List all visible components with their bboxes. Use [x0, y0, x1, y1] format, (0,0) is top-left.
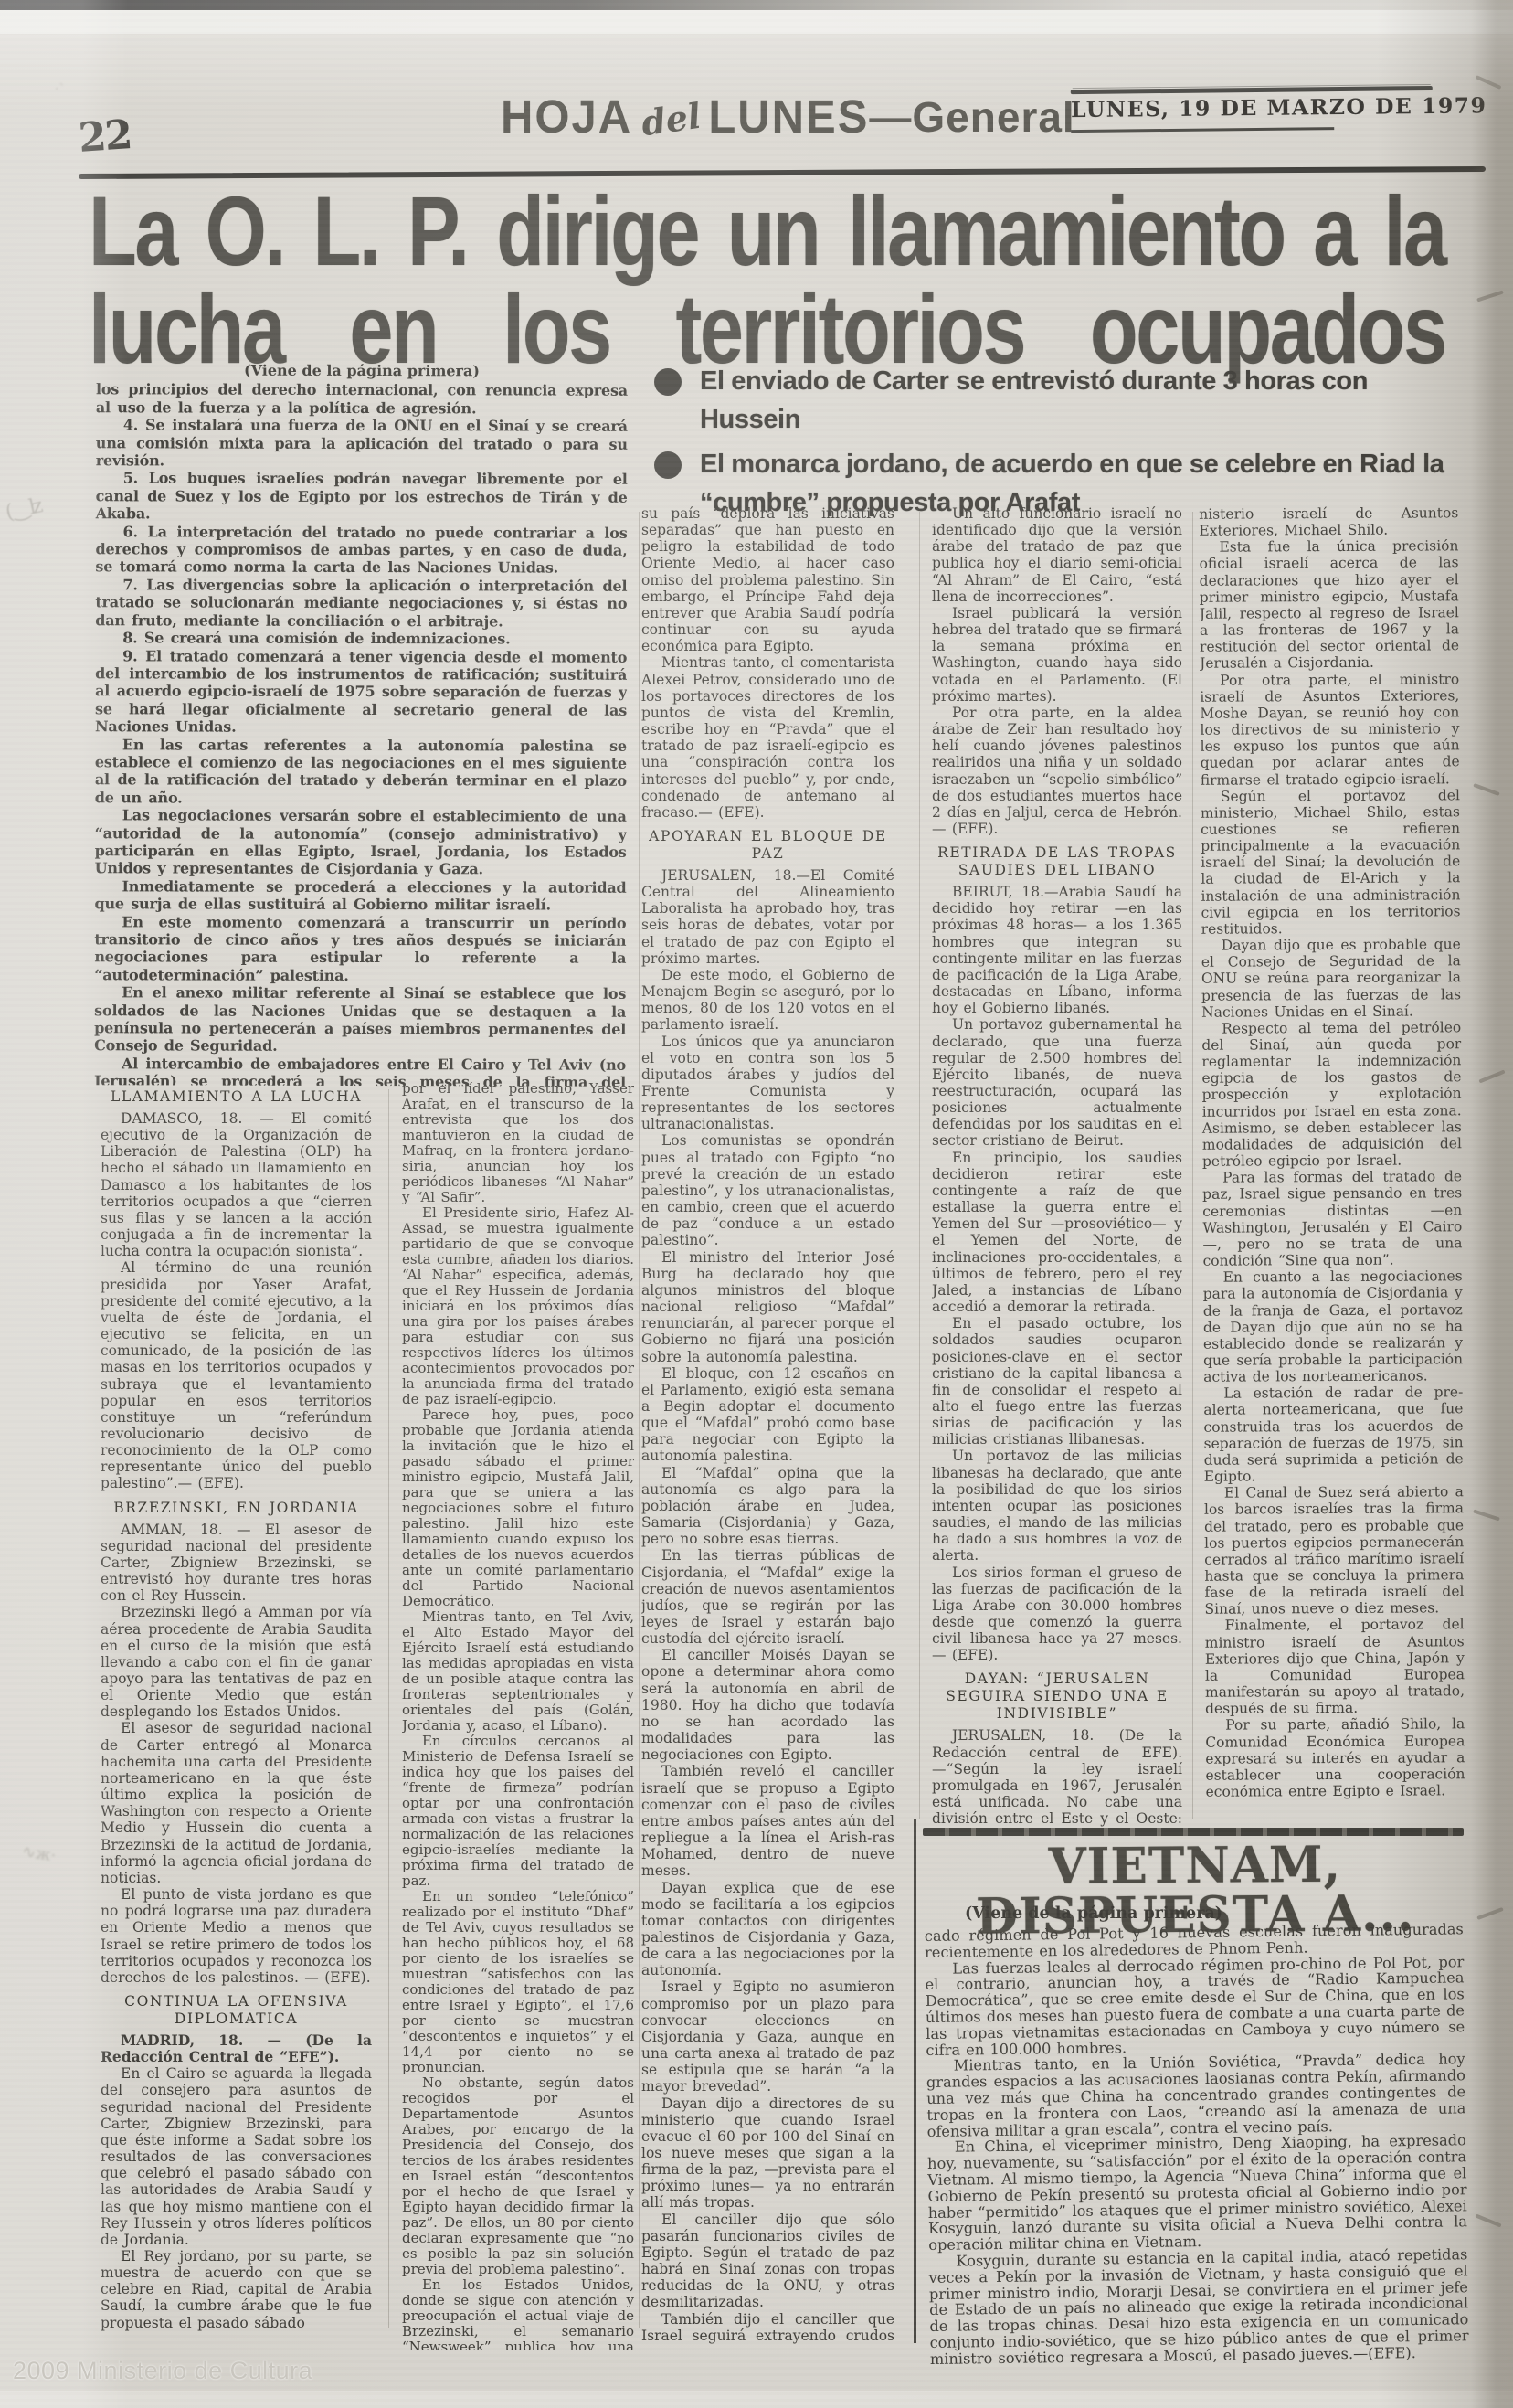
- binding-edge: [1471, 0, 1513, 2408]
- paragraph: En el anexo militar referente al Sinaí s…: [94, 983, 626, 1055]
- paragraph: Mientras tanto, el comentarista Alexei P…: [641, 654, 894, 821]
- masthead-lunes: LUNES: [708, 94, 869, 141]
- headline-word: la: [1383, 182, 1444, 281]
- bullet-icon: [654, 451, 682, 479]
- paragraph: nisterio israelí de Asuntos Exteriores, …: [1199, 504, 1458, 539]
- column-2: por el líder palestino, Yasser Arafat, e…: [402, 1081, 634, 2350]
- pencil-mark: (‿ʫ: [4, 494, 45, 525]
- headline-word: llamamiento: [848, 182, 1285, 281]
- date-rule-bottom: [1071, 127, 1334, 133]
- paragraph: Respecto al tema del petróleo del Sinaí,…: [1201, 1019, 1462, 1170]
- paragraph: Dayan dijo que es probable que el Consej…: [1201, 936, 1461, 1020]
- box-top-rule: [923, 1828, 1464, 1836]
- pencil-mark: ·ˋ: [55, 82, 65, 97]
- bullet-text: El enviado de Carter se entrevistó duran…: [700, 362, 1462, 439]
- headline-word: La: [89, 182, 176, 281]
- paragraph: El punto de vista jordano es que no podr…: [101, 1886, 372, 1986]
- section-heading: BRZEZINSKI, EN JORDANIA: [101, 1500, 372, 1517]
- section-heading: APOYARAN EL BLOQUE DE PAZ: [641, 828, 894, 863]
- scan-top-edge: [0, 0, 1513, 10]
- paragraph: El Canal de Suez será abierto a los barc…: [1204, 1483, 1465, 1618]
- page-number: 22: [78, 115, 132, 159]
- lead-intro-column: (Viene de la página primera) los princip…: [94, 361, 628, 1087]
- paragraph: El asesor de seguridad nacional de Carte…: [101, 1720, 372, 1886]
- paragraph: Para las formas del tratado de paz, Isra…: [1202, 1169, 1463, 1269]
- paragraph: En un sondeo “telefónico” realizado por …: [402, 1889, 634, 2075]
- column-5: nisterio israelí de Asuntos Exteriores, …: [1199, 504, 1465, 1827]
- paragraph: Al término de una reunión presidida por …: [101, 1259, 372, 1491]
- paragraph: Finalmente, el portavoz del ministro isr…: [1205, 1617, 1465, 1717]
- vietnam-text: cado régimen de Pol Pot y 16 nuevas escu…: [925, 1921, 1469, 2367]
- box-left-rule: [914, 1819, 916, 2343]
- date-block: LUNES, 19 DE MARZO DE 1979: [1071, 86, 1436, 133]
- paragraph: El Rey jordano, por su parte, se muestra…: [101, 2248, 372, 2331]
- paragraph: Dayan explica que de ese modo se facilit…: [641, 1880, 894, 1979]
- column-rule: [388, 1089, 389, 2328]
- headline-word: P.: [407, 182, 468, 281]
- paragraph: Un alto funcionario israelí no identific…: [932, 505, 1182, 605]
- paragraph: Mientras tanto, en Tel Aviv, el Alto Est…: [402, 1609, 634, 1734]
- masthead-hoja: HOJA: [501, 94, 632, 141]
- paragraph: También reveló el canciller israelí que …: [641, 1763, 894, 1879]
- paragraph: De este modo, el Gobierno de Menajem Beg…: [641, 967, 894, 1034]
- paragraph: El Presidente sirio, Hafez Al-Assad, se …: [402, 1205, 634, 1407]
- paragraph: En este momento comenzará a transcurrir …: [94, 913, 626, 985]
- paragraph: Según el portavoz del ministerio, Michae…: [1201, 787, 1461, 938]
- paragraph: 9. El tratado comenzará a tener vigencia…: [95, 647, 627, 737]
- paragraph: por el líder palestino, Yasser Arafat, e…: [402, 1081, 634, 1205]
- paragraph: MADRID, 18. — (De la Redacción Central d…: [101, 2032, 372, 2065]
- continuation-note: (Viene de la página primera): [96, 361, 628, 380]
- paragraph: Las negociaciones versarán sobre el esta…: [95, 806, 627, 878]
- section-heading: RETIRADA DE LAS TROPAS SAUDIES DEL LIBAN…: [932, 844, 1182, 879]
- date-line: LUNES, 19 DE MARZO DE 1979: [1071, 96, 1436, 122]
- paragraph: En las tierras públicas de Cisjordania, …: [641, 1547, 894, 1647]
- paragraph: DAMASCO, 18. — El comité ejecutivo de la…: [101, 1110, 372, 1259]
- paragraph: El canciller dijo que sólo pasarán funci…: [641, 2212, 894, 2311]
- paragraph: Por otra parte, en la aldea árabe de Zei…: [932, 705, 1182, 837]
- paragraph: El bloque, con 12 escaños en el Parlamen…: [641, 1365, 894, 1465]
- paragraph: El “Mafdal” opina que la autonomía es al…: [641, 1465, 894, 1548]
- vietnam-continuation-note: (Viene de la página primera): [965, 1906, 1222, 1923]
- archive-watermark: 2009 Ministerio de Cultura: [13, 2356, 312, 2385]
- paragraph: Kosyguin, durante su estancia en la capi…: [928, 2246, 1469, 2367]
- section-heading: DAYAN: “JERUSALEN SEGUIRA SIENDO UNA E I…: [932, 1671, 1182, 1723]
- paragraph: 6. La interpretación del tratado no pued…: [95, 523, 627, 578]
- paper-bottom-edge: [0, 2391, 1513, 2408]
- headline-word: L.: [313, 182, 379, 281]
- bullet-deck: El enviado de Carter se entrevistó duran…: [654, 362, 1462, 528]
- paragraph: Israel publicará la versión hebrea del t…: [932, 605, 1182, 705]
- paragraph: En los Estados Unidos, donde se sigue co…: [402, 2277, 634, 2350]
- paragraph: No obstante, según datos recogidos por e…: [402, 2075, 634, 2277]
- pencil-mark: ∿ж·: [21, 1842, 58, 1866]
- paragraph: También dijo el canciller que Israel seg…: [641, 2311, 894, 2344]
- paragraph: Los comunistas se opondrán pues al trata…: [641, 1132, 894, 1248]
- column-rule: [919, 512, 920, 1819]
- paragraph: BEIRUT, 18.—Arabia Saudí ha decidido hoy…: [932, 884, 1182, 1016]
- paragraph: En el pasado octubre, los soldados saudi…: [932, 1315, 1182, 1448]
- paragraph: Los sirios forman el grueso de las fuerz…: [932, 1565, 1182, 1664]
- paragraph: Parece hoy, pues, poco probable que Jord…: [402, 1407, 634, 1609]
- paragraph: Brzezinski llegó a Amman por vía aérea p…: [101, 1604, 372, 1720]
- paragraph: Un portavoz de las milicias libanesas ha…: [932, 1448, 1182, 1564]
- paragraph: Por otra parte, el ministro israelí de A…: [1200, 671, 1460, 789]
- paragraph: Un portavoz gubernamental ha declarado, …: [932, 1016, 1182, 1149]
- paragraph: En el Cairo se aguarda la llegada del co…: [101, 2065, 372, 2248]
- column-rule: [1192, 512, 1193, 1819]
- headline-line1: LaO.L.P.dirigeunllamamientoala: [89, 182, 1445, 281]
- paragraph: En las cartas referentes a la autonomía …: [95, 736, 627, 808]
- paper-top-edge: [0, 10, 1513, 34]
- headline-word: un: [727, 182, 820, 281]
- headline-word: dirige: [496, 182, 698, 281]
- paragraph: JERUSALEN, 18.—El Comité Central del Ali…: [641, 867, 894, 967]
- headline-word: O.: [206, 182, 284, 281]
- paragraph: JERUSALEN, 18. (De la Redacción central …: [932, 1727, 1182, 1827]
- paragraph: En China, el viceprimer ministro, Deng X…: [927, 2133, 1468, 2254]
- column-rule: [639, 512, 640, 2328]
- paragraph: los principios del derecho internacional…: [96, 381, 628, 418]
- column-1: LLAMAMIENTO A LA LUCHADAMASCO, 18. — El …: [101, 1081, 372, 2346]
- paragraph: En círculos cercanos al Ministerio de De…: [402, 1734, 634, 1889]
- paragraph: su país “deplora las iniciativas separad…: [641, 505, 894, 654]
- bullet-icon: [654, 368, 682, 396]
- paragraph: 5. Los buques israelíes podrán navegar l…: [96, 470, 628, 525]
- masthead-logo: HOJA del LUNES —General: [501, 95, 1075, 140]
- column-4: Un alto funcionario israelí no identific…: [932, 505, 1182, 1827]
- section-heading: CONTINUA LA OFENSIVA DIPLOMATICA: [101, 1993, 372, 2028]
- paragraph: El ministro del Interior José Burg ha de…: [641, 1249, 894, 1365]
- paragraph: AMMAN, 18. — El asesor de seguridad naci…: [101, 1522, 372, 1605]
- vietnam-article-box: VIETNAM, DISPUESTA A... (Viene de la pág…: [914, 1824, 1476, 2380]
- paragraph: En principio, los saudies decidieron ret…: [932, 1150, 1182, 1316]
- paragraph: En cuanto a las negociaciones para la au…: [1203, 1268, 1464, 1385]
- paragraph: Inmediatamente se procederá a elecciones…: [94, 877, 626, 914]
- paragraph: 8. Se creará una comisión de indemnizaci…: [95, 629, 627, 648]
- paragraph: Las fuerzas leales al derrocado régimen …: [925, 1954, 1465, 2058]
- paragraph: 7. Las divergencias sobre la aplicación …: [95, 576, 627, 631]
- section-heading: LLAMAMIENTO A LA LUCHA: [101, 1088, 372, 1106]
- column-3: su país “deplora las iniciativas separad…: [641, 505, 894, 2344]
- paragraph: Por su parte, añadió Shilo, la Comunidad…: [1205, 1716, 1465, 1800]
- bullet-item: El enviado de Carter se entrevistó duran…: [654, 362, 1462, 439]
- headline-word: a: [1313, 182, 1355, 281]
- paragraph: Esta fue la única precisión oficial isra…: [1199, 538, 1459, 673]
- intro-paragraphs: los principios del derecho internacional…: [94, 381, 628, 1087]
- paragraph: 4. Se instalará una fuerza de la ONU en …: [96, 416, 628, 471]
- masthead-section: —General: [869, 96, 1074, 138]
- paragraph: El canciller Moisés Dayan se opone a det…: [641, 1647, 894, 1763]
- paragraph: Dayan dijo a directores de su ministerio…: [641, 2095, 894, 2212]
- masthead-del-script: del: [640, 99, 704, 142]
- paragraph: Los únicos que ya anunciaron el voto en …: [641, 1034, 894, 1133]
- paragraph: Mientras tanto, en la Unión Soviética, “…: [926, 2052, 1466, 2140]
- newspaper-page: 22 HOJA del LUNES —General LUNES, 19 DE …: [0, 0, 1513, 2408]
- paragraph: La estación de radar de pre-alerta norte…: [1203, 1384, 1464, 1485]
- paragraph: Israel y Egipto no asumieron compromiso …: [641, 1978, 894, 2095]
